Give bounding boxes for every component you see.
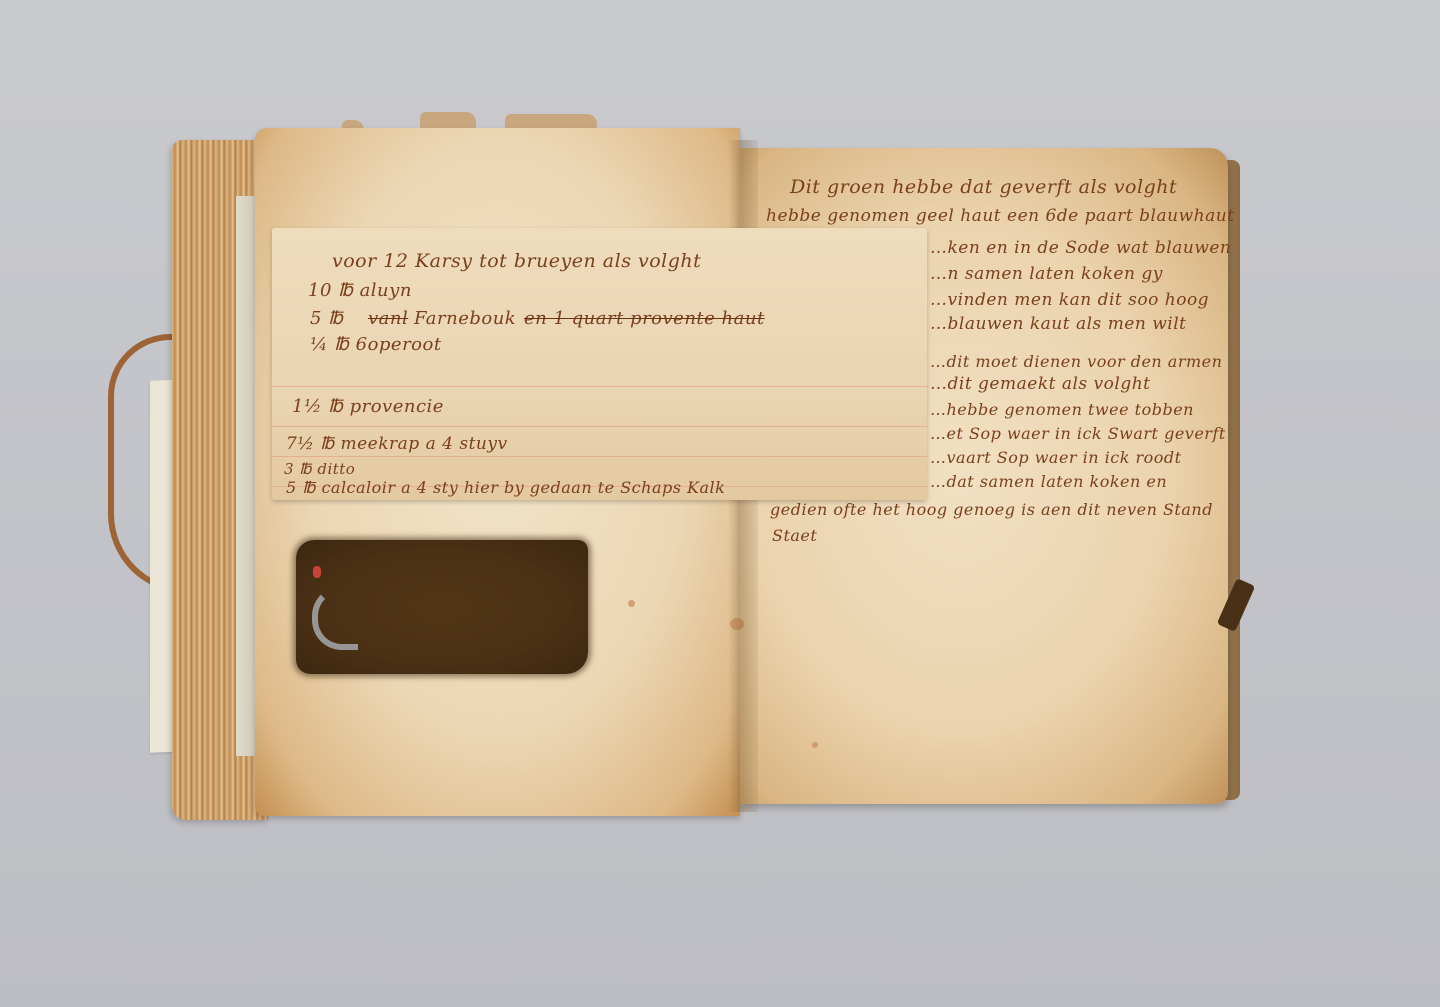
manuscript-line: …dit gemaekt als volght: [930, 374, 1151, 394]
stain: [812, 742, 818, 748]
manuscript-line: gedien ofte het hoog genoeg is aen dit n…: [770, 500, 1213, 519]
manuscript-line: hebbe genomen geel haut een 6de paart bl…: [766, 206, 1234, 226]
manuscript-line: …dat samen laten koken en: [930, 472, 1167, 491]
manuscript-line: …hebbe genomen twee tobben: [930, 400, 1194, 419]
manuscript-line: …blauwen kaut als men wilt: [930, 314, 1186, 334]
manuscript-line: Staet: [772, 526, 817, 545]
manuscript-line: …n samen laten koken gy: [930, 264, 1163, 284]
manuscript-line: Dit groen hebbe dat geverft als volght: [790, 176, 1177, 198]
stain: [628, 600, 635, 607]
manuscript-line: …vaart Sop waer in ick roodt: [930, 448, 1182, 467]
note-line-struck: en 1 quart provente haut: [524, 308, 765, 329]
ruled-line: [272, 456, 927, 457]
pasted-recipe-note: voor 12 Karsy tot brueyen als volght 10 …: [272, 228, 927, 500]
manuscript-line: …dit moet dienen voor den armen: [930, 352, 1222, 371]
note-line: 10 ℔ aluyn: [308, 280, 412, 301]
note-line: 1½ ℔ provencie: [292, 396, 444, 417]
note-line: 5 ℔ calcaloir a 4 sty hier by gedaan te …: [286, 478, 725, 497]
ruled-line: [272, 426, 927, 427]
pin-head-icon: [313, 566, 321, 578]
note-heading: voor 12 Karsy tot brueyen als volght: [332, 250, 701, 272]
note-line-struck: vanl: [368, 308, 408, 329]
manuscript-line: …ken en in de Sode wat blauwen: [930, 238, 1231, 258]
ruled-line: [272, 386, 927, 387]
manuscript-line: …vinden men kan dit soo hoog: [930, 290, 1209, 310]
manuscript-line: …et Sop waer in ick Swart geverft: [930, 424, 1226, 443]
note-line: ¼ ℔ 6operoot: [310, 334, 442, 355]
note-line: 3 ℔ ditto: [284, 460, 355, 478]
note-line: Farnebouk: [414, 308, 516, 329]
note-line: 5 ℔: [310, 308, 343, 329]
note-line: 7½ ℔ meekrap a 4 stuyv: [286, 434, 508, 454]
